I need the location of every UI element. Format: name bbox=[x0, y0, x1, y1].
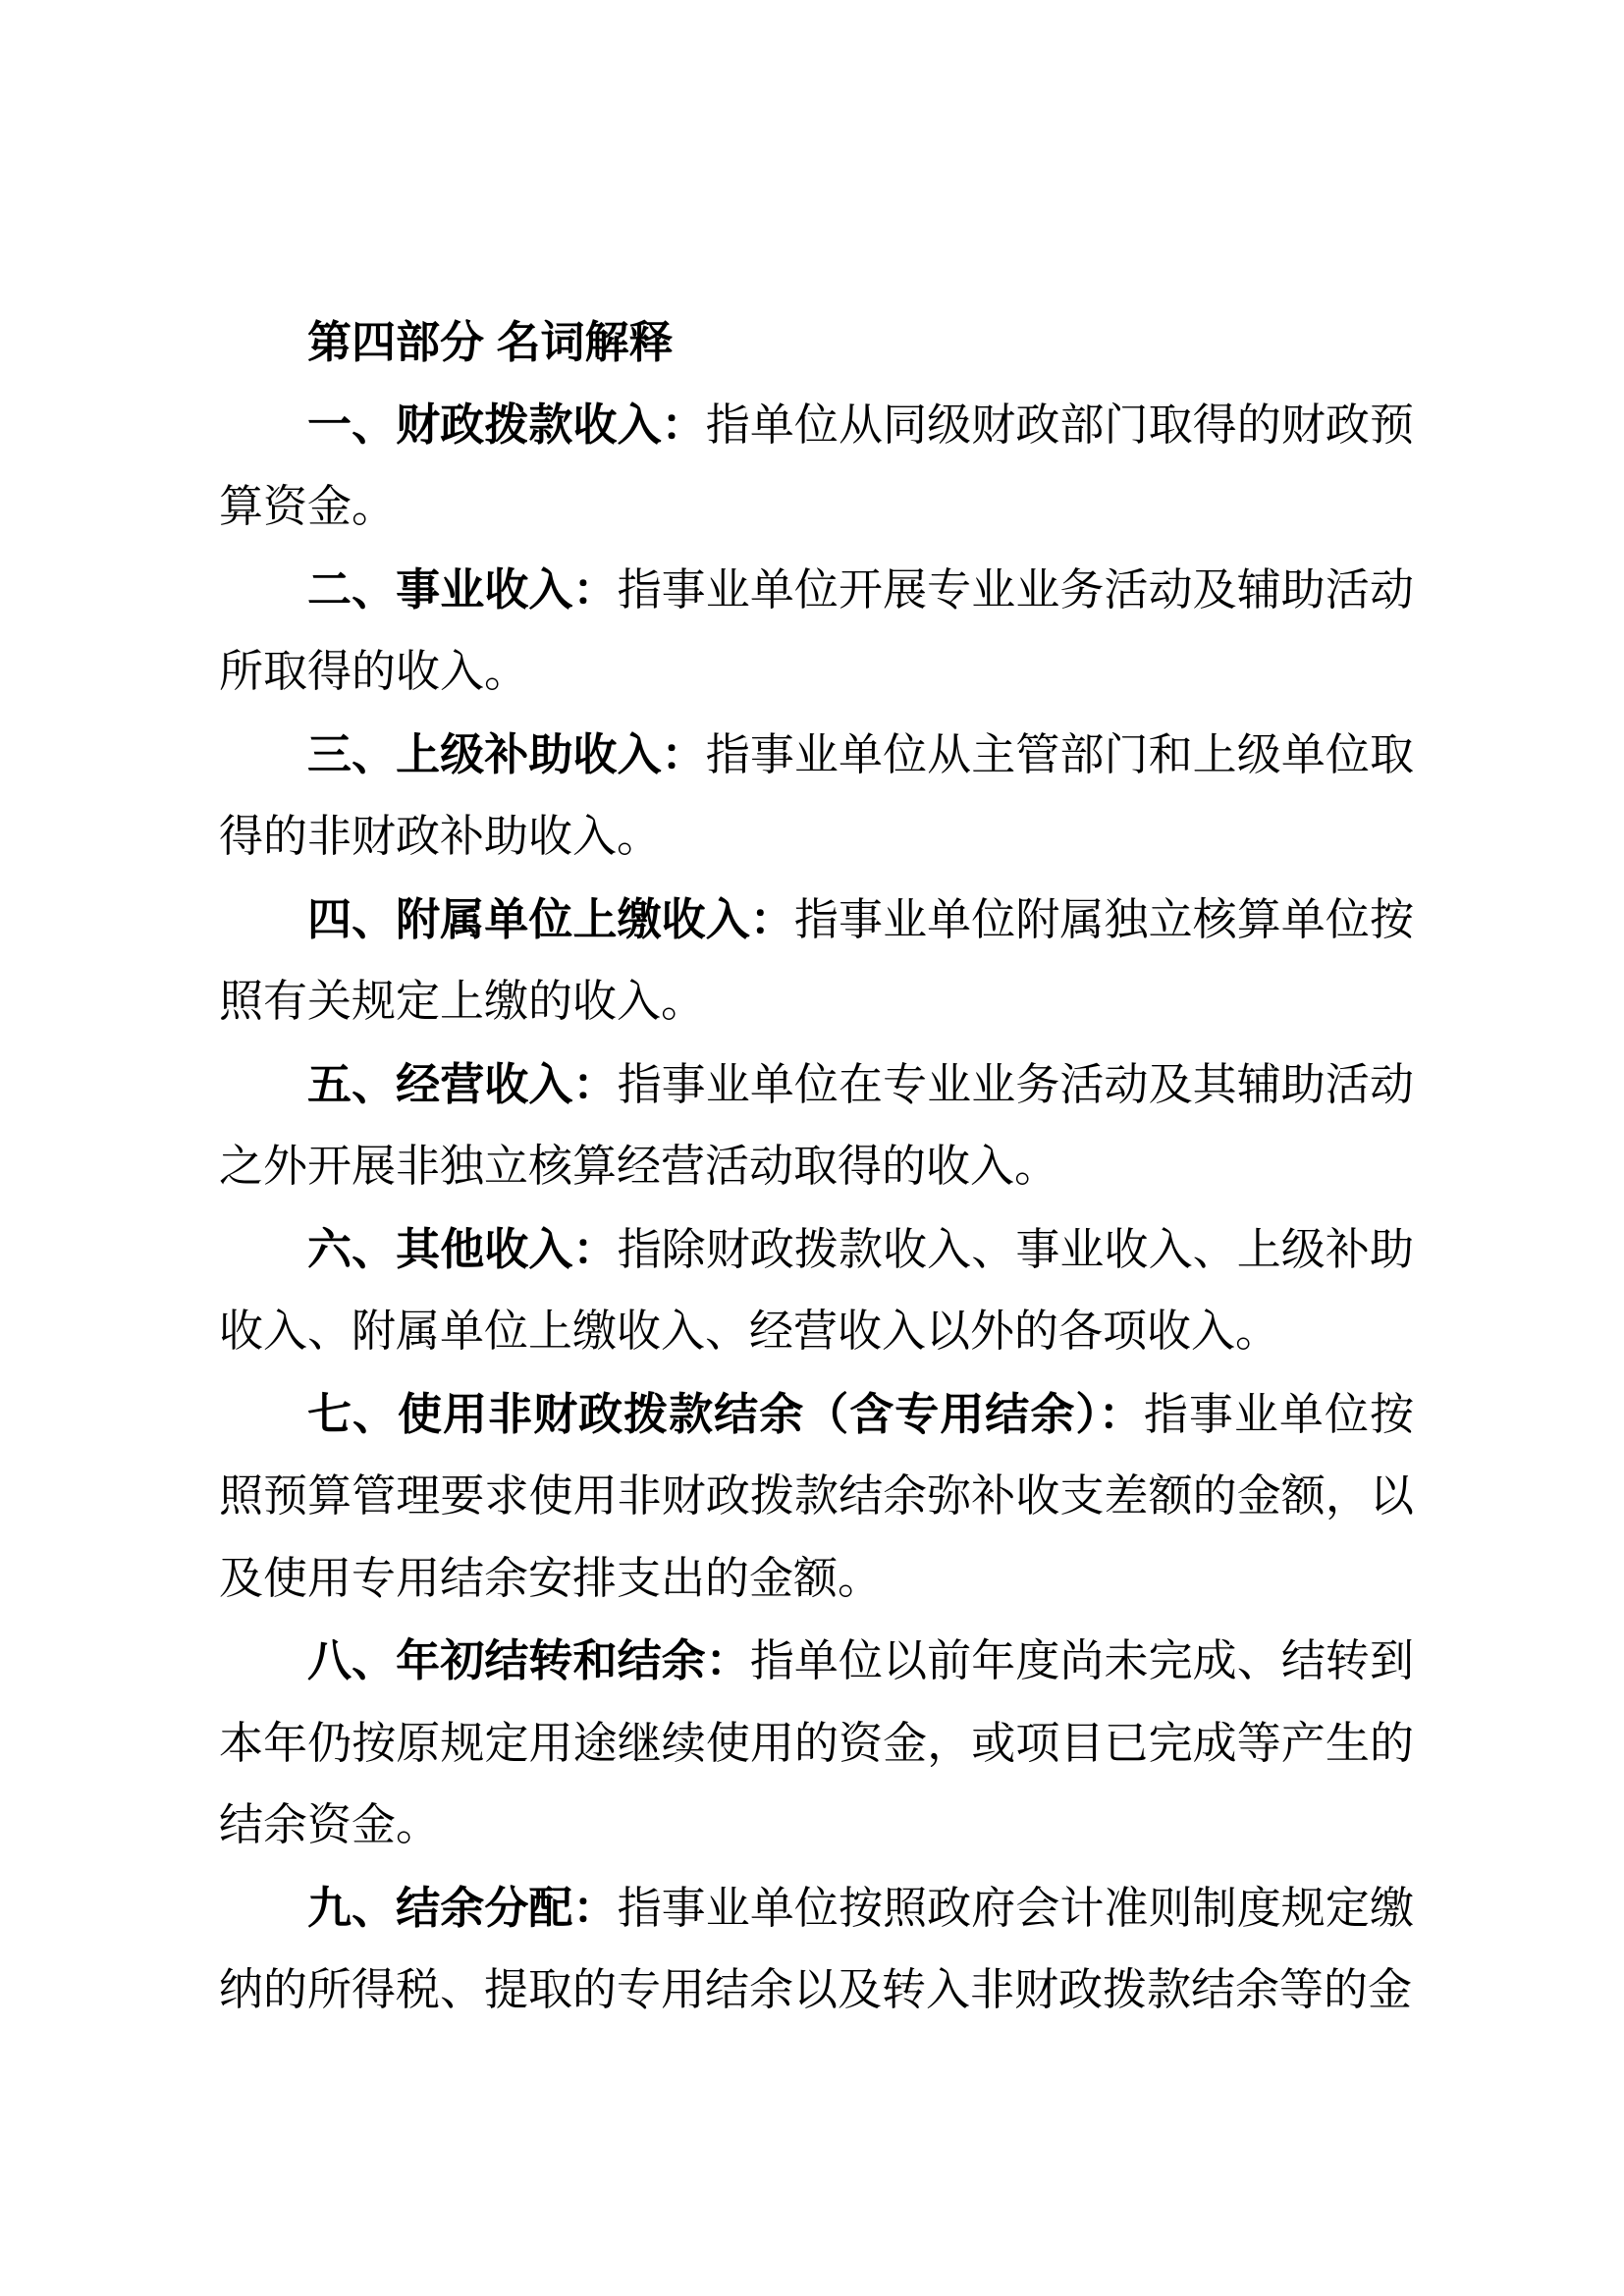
document-page: 第四部分 名词解释 一、财政拨款收入：指单位从同级财政部门取得的财政预算资金。 … bbox=[0, 0, 1624, 2296]
term-label: 四、附属单位上缴收入： bbox=[307, 894, 794, 944]
term-label: 五、经营收入： bbox=[307, 1059, 618, 1109]
term-label: 六、其他收入： bbox=[307, 1224, 618, 1274]
term-paragraph-3: 三、上级补助收入：指事业单位从主管部门和上级单位取得的非财政补助收入。 bbox=[219, 714, 1414, 879]
term-paragraph-2: 二、事业收入：指事业单位开展专业业务活动及辅助活动所取得的收入。 bbox=[219, 549, 1414, 714]
term-paragraph-1: 一、财政拨款收入：指单位从同级财政部门取得的财政预算资金。 bbox=[219, 384, 1414, 549]
term-label: 七、使用非财政拨款结余（含专用结余）： bbox=[307, 1389, 1144, 1439]
term-label: 九、结余分配： bbox=[307, 1883, 618, 1933]
term-paragraph-6: 六、其他收入：指除财政拨款收入、事业收入、上级补助收入、附属单位上缴收入、经营收… bbox=[219, 1208, 1414, 1373]
glossary-section: 第四部分 名词解释 一、财政拨款收入：指单位从同级财政部门取得的财政预算资金。 … bbox=[219, 301, 1414, 2032]
section-heading: 第四部分 名词解释 bbox=[219, 301, 1414, 384]
term-label: 一、财政拨款收入： bbox=[307, 400, 706, 450]
term-paragraph-5: 五、经营收入：指事业单位在专业业务活动及其辅助活动之外开展非独立核算经营活动取得… bbox=[219, 1043, 1414, 1208]
term-label: 二、事业收入： bbox=[307, 564, 618, 614]
term-label: 八、年初结转和结余： bbox=[307, 1635, 750, 1685]
term-paragraph-4: 四、附属单位上缴收入：指事业单位附属独立核算单位按照有关规定上缴的收入。 bbox=[219, 879, 1414, 1043]
term-paragraph-9: 九、结余分配：指事业单位按照政府会计准则制度规定缴纳的所得税、提取的专用结余以及… bbox=[219, 1867, 1414, 2032]
term-label: 三、上级补助收入： bbox=[307, 729, 706, 779]
term-paragraph-8: 八、年初结转和结余：指单位以前年度尚未完成、结转到本年仍按原规定用途继续使用的资… bbox=[219, 1620, 1414, 1867]
term-paragraph-7: 七、使用非财政拨款结余（含专用结余）：指事业单位按照预算管理要求使用非财政拨款结… bbox=[219, 1373, 1414, 1621]
